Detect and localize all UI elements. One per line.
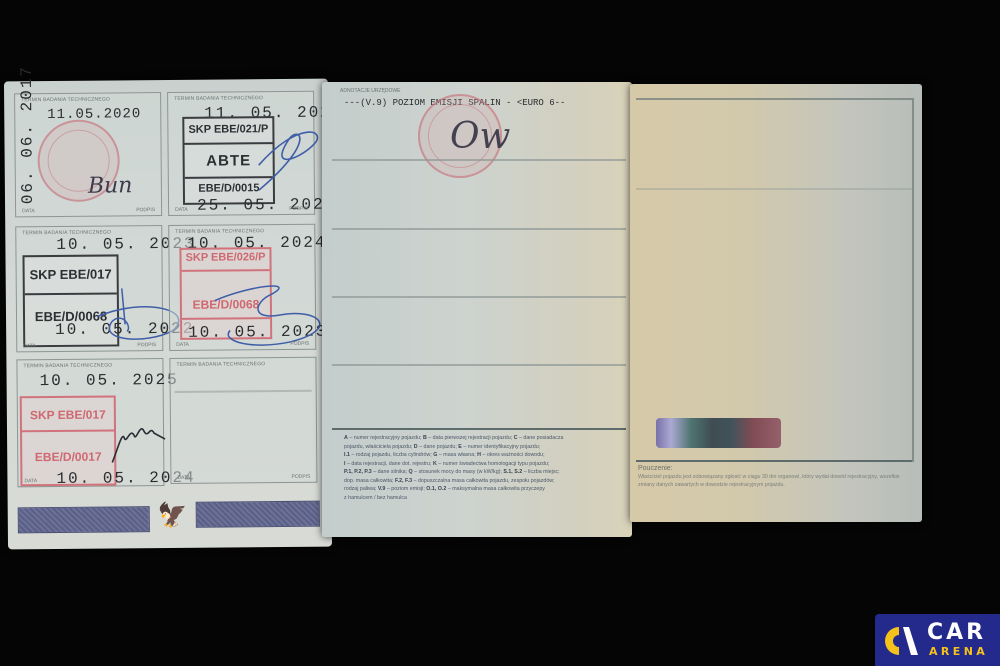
legend-line-7: rodzaj paliwa; V.9 – poziom emisji; O.1,… <box>344 485 624 494</box>
inspection-cell-3: TERMIN BADANIA TECHNICZNEGO 10. 05. 2023… <box>15 225 163 352</box>
legend-line-4: I – data rejestracji, dane dot. rejestru… <box>344 460 624 469</box>
instructions-text: Właściciel pojazdu jest zobowiązany zgło… <box>638 474 910 489</box>
brand-name-line2: ARENA <box>929 645 988 658</box>
section-header: ADNOTACJE URZĘDOWE <box>340 88 400 94</box>
cell-header: TERMIN BADANIA TECHNICZNEGO <box>174 95 263 102</box>
next-inspection-date: 11.05.2020 <box>47 106 141 123</box>
signature <box>110 417 170 468</box>
cell-footer-date-label: DATA <box>23 343 36 349</box>
cell-header: TERMIN BADANIA TECHNICZNEGO <box>176 361 265 368</box>
car-arena-logo: CAR ARENA <box>875 614 1000 666</box>
legend-line-8: z hamulcem / bez hamulca <box>344 494 624 503</box>
cell-footer-signature-label: PODPIS <box>136 207 155 213</box>
inspection-page-left: TERMIN BADANIA TECHNICZNEGO 11.05.2020 0… <box>4 79 332 550</box>
signature-blue <box>210 280 331 351</box>
stamp-station-code: SKP EBE/017 <box>22 407 114 422</box>
legend-line-1: A – numer rejestracyjny pojazdu; B – dat… <box>344 434 624 443</box>
cell-footer-date-label: DATA <box>175 207 188 213</box>
legend-line-3: I.1 – rodzaj pojazdu, liczba cylindrów; … <box>344 451 624 460</box>
cell-footer-signature-label: PODPIS <box>290 341 309 347</box>
cell-header: TERMIN BADANIA TECHNICZNEGO <box>23 362 112 369</box>
next-inspection-date: 10. 05. 2025 <box>40 371 179 390</box>
cell-footer-date-label: DATA <box>22 208 35 214</box>
cell-footer-signature-label: PODPIS <box>291 474 310 480</box>
signature: Ow <box>450 116 510 157</box>
inspection-cell-1: TERMIN BADANIA TECHNICZNEGO 11.05.2020 0… <box>14 92 162 217</box>
legend-line-6: dop. masa całkowita; F.2, F.3 – dopuszcz… <box>344 477 624 486</box>
cell-footer-date-label: DATA <box>177 475 190 481</box>
official-annotations-page: ADNOTACJE URZĘDOWE ---(V.9) POZIOM EMISJ… <box>322 82 632 537</box>
signature: Bun <box>88 173 133 198</box>
field-codes-legend: A – numer rejestracyjny pojazdu; B – dat… <box>344 434 624 502</box>
inspection-cell-2: TERMIN BADANIA TECHNICZNEGO 11. 05. 2022… <box>167 91 315 216</box>
stamp-station-code: SKP EBE/017 <box>25 266 117 282</box>
inspection-cell-4: TERMIN BADANIA TECHNICZNEGO 10. 05. 2024… <box>168 224 316 351</box>
cell-footer-signature-label: PODPIS <box>137 342 156 348</box>
brand-name-line1: CAR <box>927 620 986 645</box>
legend-line-5: P.1, P.2, P.3 – dane silnika; Q – stosun… <box>344 468 624 477</box>
cell-footer-date-label: DATA <box>176 342 189 348</box>
security-band-left <box>18 506 150 533</box>
signature-blue <box>238 110 329 201</box>
cell-footer-signature-label: PODPIS <box>289 206 308 212</box>
inspection-cell-5: TERMIN BADANIA TECHNICZNEGO 10. 05. 2025… <box>16 358 164 487</box>
polish-eagle-emblem-icon: 🦅 <box>158 500 186 532</box>
cell-footer-date-label: DATA <box>24 478 37 484</box>
instructions-title: Pouczenie: <box>638 465 673 472</box>
security-band-right <box>196 501 320 528</box>
security-hologram <box>656 418 781 448</box>
stamp-station-code: SKP EBE/026/P <box>181 251 269 264</box>
instructions-page: Pouczenie: Właściciel pojazdu jest zobow… <box>630 84 922 522</box>
car-arena-logo-icon <box>885 624 919 658</box>
legend-line-2: pojazdu, właściciela pojazdu; D – dane p… <box>344 443 624 452</box>
inspection-cell-6-empty: TERMIN BADANIA TECHNICZNEGO DATA PODPIS <box>169 357 317 484</box>
blank-annotation-frame <box>636 98 914 462</box>
stamp-diagnostician-code: EBE/D/0017 <box>22 449 114 464</box>
inspection-date-vertical: 06. 06. 2017 <box>18 65 37 204</box>
